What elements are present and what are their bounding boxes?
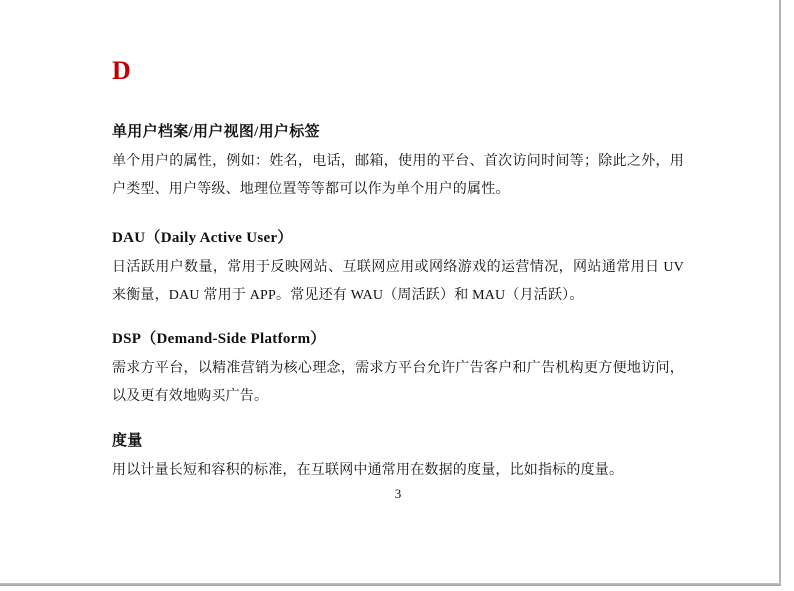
term-heading: DSP（Demand-Side Platform） bbox=[112, 329, 684, 349]
term-definition: 用以计量长短和容积的标准，在互联网中通常用在数据的度量，比如指标的度量。 bbox=[112, 457, 684, 485]
term-definition: 需求方平台，以精准营销为核心理念，需求方平台允许广告客户和广告机构更方便地访问，… bbox=[112, 355, 684, 411]
glossary-entry: DSP（Demand-Side Platform） 需求方平台，以精准营销为核心… bbox=[112, 329, 684, 411]
definition-line: 以及更有效地购买广告。 bbox=[112, 383, 684, 411]
term-definition: 单个用户的属性，例如：姓名，电话，邮箱，使用的平台、首次访问时间等；除此之外，用… bbox=[112, 148, 684, 204]
page-number: 3 bbox=[112, 486, 684, 502]
document-page: D 单用户档案/用户视图/用户标签 单个用户的属性，例如：姓名，电话，邮箱，使用… bbox=[0, 0, 794, 591]
term-definition: 日活跃用户数量，常用于反映网站、互联网应用或网络游戏的运营情况，网站通常用日 U… bbox=[112, 254, 684, 310]
definition-line: 用以计量长短和容积的标准，在互联网中通常用在数据的度量，比如指标的度量。 bbox=[112, 457, 684, 485]
glossary-sections: 单用户档案/用户视图/用户标签 单个用户的属性，例如：姓名，电话，邮箱，使用的平… bbox=[112, 0, 684, 591]
definition-line: 来衡量，DAU 常用于 APP。常见还有 WAU（周活跃）和 MAU（月活跃）。 bbox=[112, 282, 684, 310]
term-heading: 度量 bbox=[112, 431, 684, 451]
glossary-entry: 单用户档案/用户视图/用户标签 单个用户的属性，例如：姓名，电话，邮箱，使用的平… bbox=[112, 122, 684, 204]
term-heading: DAU（Daily Active User） bbox=[112, 228, 684, 248]
glossary-entry: 度量 用以计量长短和容积的标准，在互联网中通常用在数据的度量，比如指标的度量。 bbox=[112, 431, 684, 485]
definition-line: 日活跃用户数量，常用于反映网站、互联网应用或网络游戏的运营情况，网站通常用日 U… bbox=[112, 254, 684, 282]
term-heading: 单用户档案/用户视图/用户标签 bbox=[112, 122, 684, 142]
glossary-entry: DAU（Daily Active User） 日活跃用户数量，常用于反映网站、互… bbox=[112, 228, 684, 310]
definition-line: 单个用户的属性，例如：姓名，电话，邮箱，使用的平台、首次访问时间等；除此之外，用 bbox=[112, 148, 684, 176]
page-edge-bottom bbox=[0, 583, 781, 586]
page-edge-right bbox=[779, 0, 781, 586]
definition-line: 户类型、用户等级、地理位置等等都可以作为单个用户的属性。 bbox=[112, 176, 684, 204]
definition-line: 需求方平台，以精准营销为核心理念，需求方平台允许广告客户和广告机构更方便地访问， bbox=[112, 355, 684, 383]
